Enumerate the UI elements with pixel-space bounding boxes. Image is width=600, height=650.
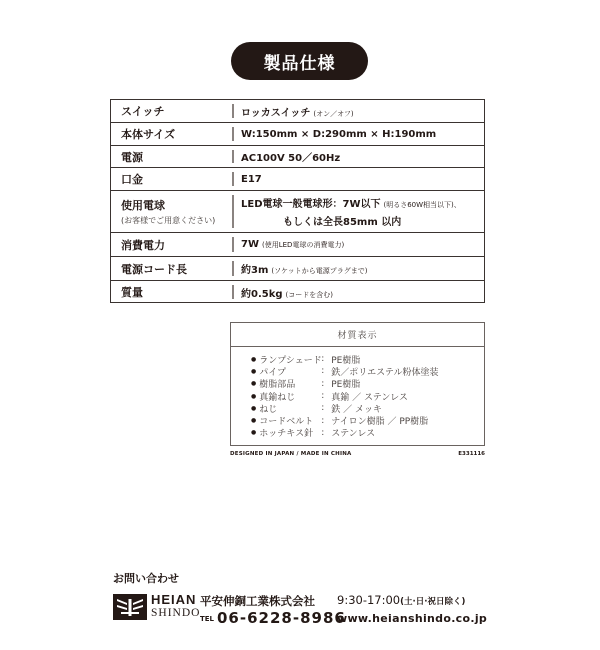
spec-label: スイッチ (121, 103, 165, 119)
spec-row-power-consumption: 消費電力 7W(使用LED電球の消費電力) (111, 233, 484, 257)
spec-value: 7W (241, 239, 259, 250)
spec-row-power-source: 電源 AC100V 50／60Hz (111, 146, 484, 168)
material-item: ●ランプシェード:PE樹脂 (251, 353, 438, 365)
spec-row-cord-length: 電源コード長 約3m(ソケットから電源プラグまで) (111, 257, 484, 281)
bullet-icon: ● (251, 393, 256, 400)
material-item: ●パイプ:鉄／ポリエステル粉体塗装 (251, 365, 438, 377)
divider (232, 237, 234, 252)
material-item: ●真鍮ねじ:真鍮 ／ ステンレス (251, 390, 438, 402)
spec-label: 使用電球 (121, 197, 215, 213)
tel-label: TEL (200, 615, 214, 623)
materials-header: 材質表示 (231, 323, 484, 347)
spec-row-size: 本体サイズ W:150mm × D:290mm × H:190mm (111, 123, 484, 146)
spec-value: W:150mm × D:290mm × H:190mm (241, 129, 436, 140)
spec-row-switch: スイッチ ロッカスイッチ(オン／オフ) (111, 100, 484, 123)
spec-value: E17 (241, 174, 262, 185)
spec-note: (オン／オフ) (313, 110, 353, 118)
spec-note: (コードを含む) (286, 291, 333, 299)
bullet-icon: ● (251, 429, 256, 436)
spec-label: 消費電力 (121, 237, 165, 253)
spec-label: 口金 (121, 171, 143, 187)
materials-box: 材質表示 ●ランプシェード:PE樹脂 ●パイプ:鉄／ポリエステル粉体塗装 ●樹脂… (230, 322, 485, 446)
material-item: ●コードベルト:ナイロン樹脂 ／ PP樹脂 (251, 414, 438, 426)
material-item: ●ねじ:鉄 ／ メッキ (251, 402, 438, 414)
spec-table: スイッチ ロッカスイッチ(オン／オフ) 本体サイズ W:150mm × D:29… (110, 99, 485, 303)
divider (232, 150, 234, 163)
spec-value-line2: もしくは全長85mm 以内 (241, 213, 478, 228)
spec-note: (明るさ60W相当以下)、 (384, 201, 461, 209)
spec-label: 質量 (121, 284, 143, 300)
hours-note: (土·日·祝日除く) (400, 597, 465, 607)
divider (232, 172, 234, 186)
spec-note: (使用LED電球の消費電力) (262, 241, 344, 249)
heian-shindo-logo-icon (113, 594, 147, 620)
spec-value: 約3m (241, 265, 268, 276)
material-item: ●ホッチキス針:ステンレス (251, 427, 438, 439)
divider (232, 261, 234, 276)
spec-value: 約0.5kg (241, 289, 283, 300)
materials-list: ●ランプシェード:PE樹脂 ●パイプ:鉄／ポリエステル粉体塗装 ●樹脂部品:PE… (251, 353, 438, 439)
spec-row-weight: 質量 約0.5kg(コードを含む) (111, 281, 484, 303)
spec-value: ロッカスイッチ (241, 108, 310, 119)
divider (232, 195, 234, 228)
bullet-icon: ● (251, 368, 256, 375)
business-hours: 9:30-17:00(土·日·祝日除く) (337, 593, 465, 607)
spec-note: (ソケットから電源プラグまで) (271, 267, 367, 275)
divider (232, 285, 234, 299)
material-item: ●樹脂部品:PE樹脂 (251, 378, 438, 390)
title-badge: 製品仕様 (231, 42, 368, 80)
logo-text-heian: HEIAN (151, 592, 196, 607)
page-title: 製品仕様 (264, 49, 336, 74)
spec-value: LED電球一般電球形：7W以下 (241, 199, 381, 210)
spec-row-socket: 口金 E17 (111, 168, 484, 191)
spec-label: 本体サイズ (121, 126, 175, 142)
bullet-icon: ● (251, 356, 256, 363)
spec-label: 電源 (121, 149, 143, 165)
spec-label: 電源コード長 (121, 261, 187, 277)
contact-title: お問い合わせ (113, 570, 179, 586)
spec-sublabel: (お客様でご用意ください) (121, 215, 215, 226)
logo-text-shindo: SHINDO (151, 607, 200, 619)
website-link[interactable]: www.heianshindo.co.jp (337, 612, 487, 625)
company-name: 平安伸銅工業株式会社 (200, 593, 315, 609)
spec-row-bulb: 使用電球 (お客様でご用意ください) LED電球一般電球形：7W以下(明るさ60… (111, 191, 484, 233)
made-in-label: DESIGNED IN JAPAN / MADE IN CHINA (230, 451, 351, 457)
product-code: E331116 (458, 451, 485, 457)
bullet-icon: ● (251, 380, 256, 387)
phone-number: 06-6228-8986 (217, 609, 346, 627)
bullet-icon: ● (251, 405, 256, 412)
divider (232, 104, 234, 118)
bullet-icon: ● (251, 417, 256, 424)
divider (232, 127, 234, 141)
spec-value: AC100V 50／60Hz (241, 153, 340, 164)
